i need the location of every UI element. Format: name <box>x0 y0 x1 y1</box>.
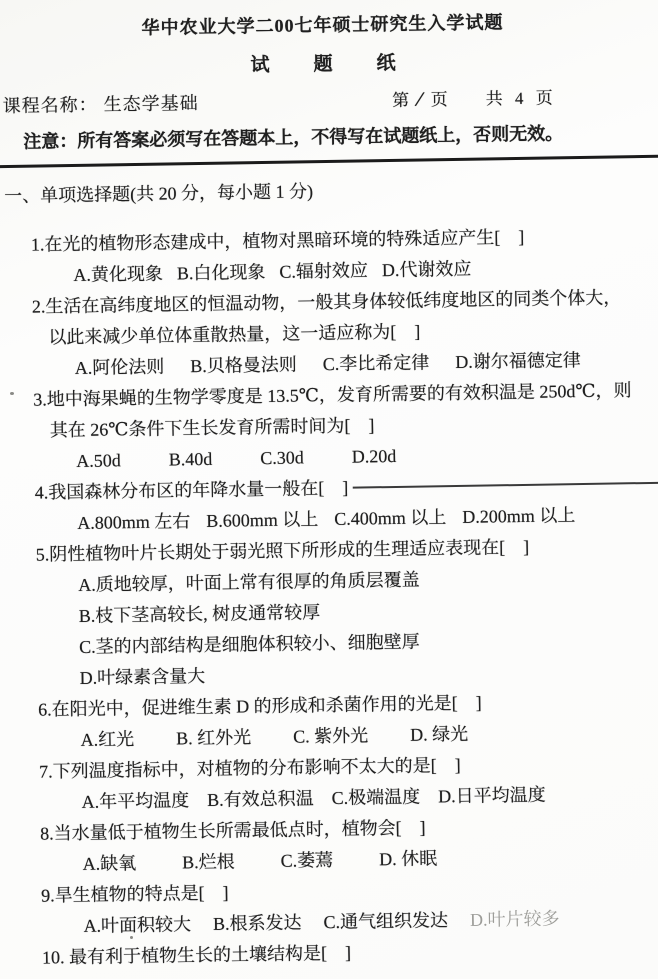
page-suffix-label: 页 <box>431 90 448 109</box>
course-name: 生态学基础 <box>104 93 199 114</box>
option-b: B.烂根 <box>182 847 235 879</box>
option-d-faded: D.叶片较多 <box>470 903 560 935</box>
option-c: C.通气组织发达 <box>323 905 448 938</box>
university-title: 华中农业大学二00七年硕士研究生入学试题 <box>0 7 652 43</box>
option-c: C.400mm 以上 <box>334 502 446 535</box>
option-a: A.50d <box>76 445 121 477</box>
total-pages-label: 共 4 页 <box>485 88 556 108</box>
option-d: D. 休眠 <box>379 843 437 875</box>
option-d: D. 绿光 <box>410 719 468 751</box>
section-title: 一、单项选择题(共 20 分，每小题 1 分) <box>0 172 654 210</box>
option-d: D.20d <box>352 441 397 473</box>
option-b: B. 红外光 <box>176 722 251 754</box>
exam-paper-scan: 华中农业大学二00七年硕士研究生入学试题 试题纸 课程名称：生态学基础 第/页共… <box>0 0 658 979</box>
divider-line <box>0 155 658 169</box>
meta-row: 课程名称：生态学基础 第/页共 4 页 <box>0 83 653 119</box>
option-b: B.根系发达 <box>213 907 302 939</box>
option-b: B.600mm 以上 <box>206 504 318 537</box>
scan-speck <box>10 392 14 395</box>
page-prefix-label: 第 <box>392 90 409 109</box>
option-b: B.40d <box>169 444 213 476</box>
option-a: A.缺氧 <box>82 848 136 880</box>
stray-scan-line <box>353 481 658 488</box>
option-c: C.李比希定律 <box>323 347 430 380</box>
option-d: D.200mm 以上 <box>462 500 575 533</box>
option-d: D.代谢效应 <box>382 254 472 286</box>
option-b: B.有效总积温 <box>207 783 314 816</box>
course-label: 课程名称： <box>3 95 98 116</box>
page-number-info: 第/页共 4 页 <box>392 84 557 114</box>
option-c: C.30d <box>260 442 304 474</box>
document-body: 华中农业大学二00七年硕士研究生入学试题 试题纸 课程名称：生态学基础 第/页共… <box>0 0 658 979</box>
question-list: 1.在光的植物形态建成中，植物对黑暗环境的特殊适应产生[ ] A.黄化现象 B.… <box>0 220 658 974</box>
option-c: C.辐射效应 <box>279 255 368 287</box>
option-b: B.白化现象 <box>177 257 266 289</box>
handwritten-page-number: / <box>407 86 432 112</box>
paper-type-title: 试题纸 <box>0 47 652 83</box>
scan-speck <box>130 936 133 939</box>
option-d: D.日平均温度 <box>438 780 546 813</box>
question-4-stem-text: 4.我国森林分布区的年降水量一般在[ ] <box>35 478 349 503</box>
option-a: A.黄化现象 <box>73 259 163 291</box>
notice-text: 注意：所有答案必须写在答题本上，不得写在试题纸上，否则无效。 <box>0 119 653 155</box>
option-b: B.贝格曼法则 <box>190 349 297 382</box>
option-a: A.红光 <box>80 724 134 756</box>
option-a: A.800mm 左右 <box>77 506 190 539</box>
option-a: A.年平均温度 <box>81 785 189 818</box>
option-d: D.谢尔福德定律 <box>455 345 581 378</box>
course-name-row: 课程名称：生态学基础 <box>3 90 199 119</box>
option-c: C.极端温度 <box>331 782 420 814</box>
scan-speck <box>315 852 318 854</box>
option-a: A.阿伦法则 <box>75 352 165 384</box>
option-c: C. 紫外光 <box>293 720 368 752</box>
option-a: A.叶面积较大 <box>83 909 191 942</box>
option-c: C.萎蔫 <box>280 845 333 877</box>
